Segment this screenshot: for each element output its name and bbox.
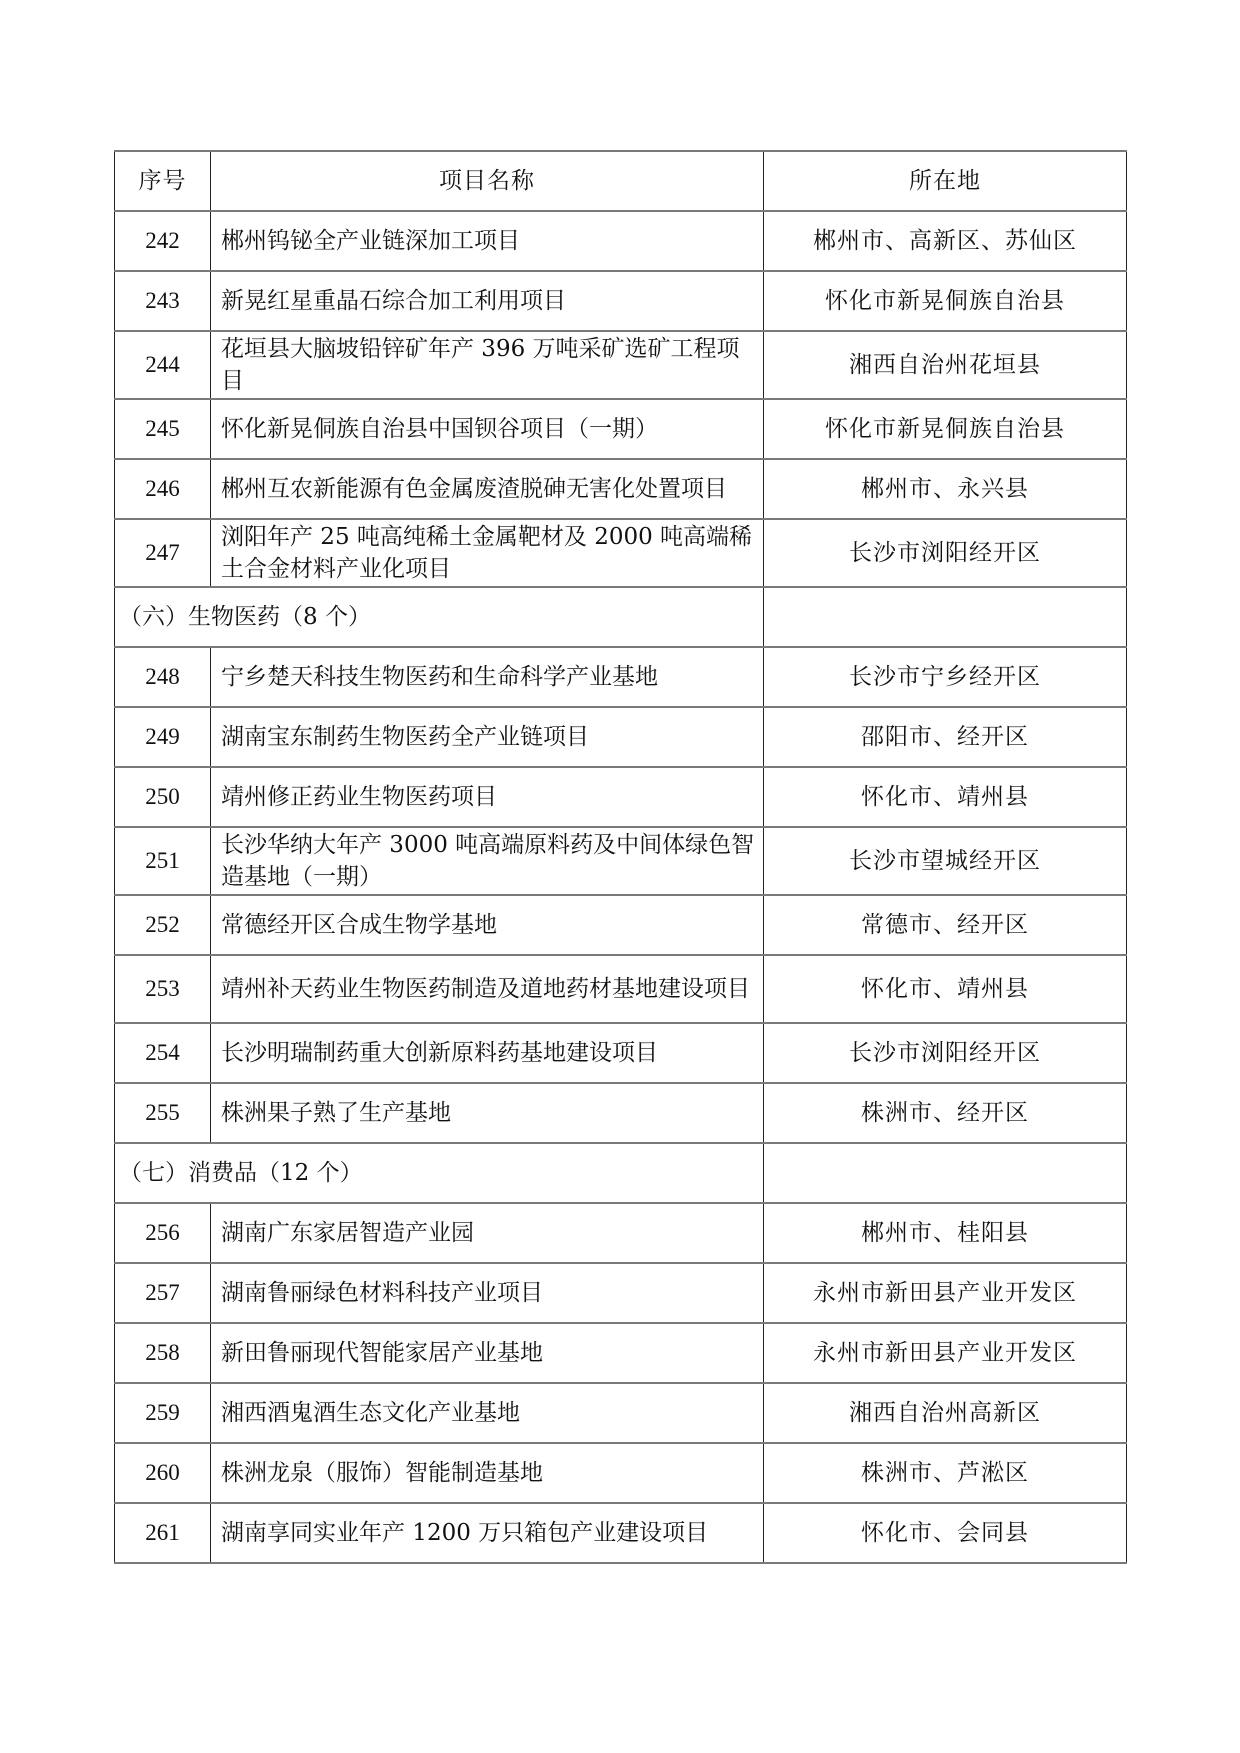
project-name: 湘西酒鬼酒生态文化产业基地 [211, 1383, 764, 1443]
project-name: 宁乡楚天科技生物医药和生命科学产业基地 [211, 647, 764, 707]
project-name: 新田鲁丽现代智能家居产业基地 [211, 1323, 764, 1383]
serial-number: 243 [115, 271, 211, 331]
project-location: 株洲市、经开区 [764, 1083, 1127, 1143]
section-location-empty [764, 587, 1127, 647]
project-name: 郴州钨铋全产业链深加工项目 [211, 211, 764, 271]
table-row: 260 株洲龙泉（服饰）智能制造基地 株洲市、芦淞区 [115, 1443, 1127, 1503]
serial-number: 248 [115, 647, 211, 707]
project-name: 湖南宝东制药生物医药全产业链项目 [211, 707, 764, 767]
serial-number: 249 [115, 707, 211, 767]
serial-number: 255 [115, 1083, 211, 1143]
serial-number: 247 [115, 519, 211, 587]
table-row: 261 湖南享同实业年产 1200 万只箱包产业建设项目 怀化市、会同县 [115, 1503, 1127, 1563]
project-name: 湖南享同实业年产 1200 万只箱包产业建设项目 [211, 1503, 764, 1563]
project-location: 邵阳市、经开区 [764, 707, 1127, 767]
project-name: 长沙华纳大年产 3000 吨高端原料药及中间体绿色智造基地（一期） [211, 827, 764, 895]
serial-number: 261 [115, 1503, 211, 1563]
project-location: 怀化市新晃侗族自治县 [764, 399, 1127, 459]
project-list-table: 序号 项目名称 所在地 242 郴州钨铋全产业链深加工项目 郴州市、高新区、苏仙… [114, 150, 1127, 1564]
table-row: 254 长沙明瑞制药重大创新原料药基地建设项目 长沙市浏阳经开区 [115, 1023, 1127, 1083]
project-location: 常德市、经开区 [764, 895, 1127, 955]
section-title: （六）生物医药（8 个） [115, 587, 764, 647]
header-location: 所在地 [764, 151, 1127, 211]
project-name: 新晃红星重晶石综合加工利用项目 [211, 271, 764, 331]
table-row: 249 湖南宝东制药生物医药全产业链项目 邵阳市、经开区 [115, 707, 1127, 767]
serial-number: 254 [115, 1023, 211, 1083]
project-name: 郴州互农新能源有色金属废渣脱砷无害化处置项目 [211, 459, 764, 519]
section-title: （七）消费品（12 个） [115, 1143, 764, 1203]
serial-number: 256 [115, 1203, 211, 1263]
table-row: 255 株洲果子熟了生产基地 株洲市、经开区 [115, 1083, 1127, 1143]
document-page: 序号 项目名称 所在地 242 郴州钨铋全产业链深加工项目 郴州市、高新区、苏仙… [0, 0, 1240, 1753]
project-name: 株洲龙泉（服饰）智能制造基地 [211, 1443, 764, 1503]
project-location: 长沙市望城经开区 [764, 827, 1127, 895]
serial-number: 259 [115, 1383, 211, 1443]
serial-number: 253 [115, 955, 211, 1023]
table-row: 244 花垣县大脑坡铅锌矿年产 396 万吨采矿选矿工程项目 湘西自治州花垣县 [115, 331, 1127, 399]
header-project-name: 项目名称 [211, 151, 764, 211]
project-name: 常德经开区合成生物学基地 [211, 895, 764, 955]
project-name: 浏阳年产 25 吨高纯稀土金属靶材及 2000 吨高端稀土合金材料产业化项目 [211, 519, 764, 587]
serial-number: 258 [115, 1323, 211, 1383]
project-name: 靖州补天药业生物医药制造及道地药材基地建设项目 [211, 955, 764, 1023]
serial-number: 242 [115, 211, 211, 271]
project-name: 湖南鲁丽绿色材料科技产业项目 [211, 1263, 764, 1323]
table-row: 242 郴州钨铋全产业链深加工项目 郴州市、高新区、苏仙区 [115, 211, 1127, 271]
table-row: 253 靖州补天药业生物医药制造及道地药材基地建设项目 怀化市、靖州县 [115, 955, 1127, 1023]
project-location: 怀化市、会同县 [764, 1503, 1127, 1563]
project-location: 永州市新田县产业开发区 [764, 1323, 1127, 1383]
table-row: 247 浏阳年产 25 吨高纯稀土金属靶材及 2000 吨高端稀土合金材料产业化… [115, 519, 1127, 587]
project-location: 永州市新田县产业开发区 [764, 1263, 1127, 1323]
table-body: 242 郴州钨铋全产业链深加工项目 郴州市、高新区、苏仙区 243 新晃红星重晶… [115, 211, 1127, 1563]
project-name: 花垣县大脑坡铅锌矿年产 396 万吨采矿选矿工程项目 [211, 331, 764, 399]
table-row: 251 长沙华纳大年产 3000 吨高端原料药及中间体绿色智造基地（一期） 长沙… [115, 827, 1127, 895]
table-row: 256 湖南广东家居智造产业园 郴州市、桂阳县 [115, 1203, 1127, 1263]
section-row-biomedicine: （六）生物医药（8 个） [115, 587, 1127, 647]
table-row: 248 宁乡楚天科技生物医药和生命科学产业基地 长沙市宁乡经开区 [115, 647, 1127, 707]
project-name: 湖南广东家居智造产业园 [211, 1203, 764, 1263]
serial-number: 260 [115, 1443, 211, 1503]
project-location: 长沙市浏阳经开区 [764, 1023, 1127, 1083]
project-name: 怀化新晃侗族自治县中国钡谷项目（一期） [211, 399, 764, 459]
project-location: 郴州市、桂阳县 [764, 1203, 1127, 1263]
serial-number: 245 [115, 399, 211, 459]
project-location: 怀化市、靖州县 [764, 767, 1127, 827]
project-location: 长沙市浏阳经开区 [764, 519, 1127, 587]
project-location: 郴州市、永兴县 [764, 459, 1127, 519]
project-location: 郴州市、高新区、苏仙区 [764, 211, 1127, 271]
serial-number: 246 [115, 459, 211, 519]
table-row: 246 郴州互农新能源有色金属废渣脱砷无害化处置项目 郴州市、永兴县 [115, 459, 1127, 519]
table-row: 257 湖南鲁丽绿色材料科技产业项目 永州市新田县产业开发区 [115, 1263, 1127, 1323]
project-name: 长沙明瑞制药重大创新原料药基地建设项目 [211, 1023, 764, 1083]
serial-number: 251 [115, 827, 211, 895]
project-location: 湘西自治州花垣县 [764, 331, 1127, 399]
table-row: 250 靖州修正药业生物医药项目 怀化市、靖州县 [115, 767, 1127, 827]
project-name: 株洲果子熟了生产基地 [211, 1083, 764, 1143]
project-location: 株洲市、芦淞区 [764, 1443, 1127, 1503]
table-header-row: 序号 项目名称 所在地 [115, 151, 1127, 211]
project-location: 怀化市新晃侗族自治县 [764, 271, 1127, 331]
table-row: 258 新田鲁丽现代智能家居产业基地 永州市新田县产业开发区 [115, 1323, 1127, 1383]
project-name: 靖州修正药业生物医药项目 [211, 767, 764, 827]
section-location-empty [764, 1143, 1127, 1203]
serial-number: 250 [115, 767, 211, 827]
table-row: 252 常德经开区合成生物学基地 常德市、经开区 [115, 895, 1127, 955]
serial-number: 252 [115, 895, 211, 955]
project-location: 怀化市、靖州县 [764, 955, 1127, 1023]
serial-number: 257 [115, 1263, 211, 1323]
project-location: 湘西自治州高新区 [764, 1383, 1127, 1443]
section-row-consumer-goods: （七）消费品（12 个） [115, 1143, 1127, 1203]
table-row: 245 怀化新晃侗族自治县中国钡谷项目（一期） 怀化市新晃侗族自治县 [115, 399, 1127, 459]
table-row: 243 新晃红星重晶石综合加工利用项目 怀化市新晃侗族自治县 [115, 271, 1127, 331]
table-row: 259 湘西酒鬼酒生态文化产业基地 湘西自治州高新区 [115, 1383, 1127, 1443]
header-serial-number: 序号 [115, 151, 211, 211]
project-location: 长沙市宁乡经开区 [764, 647, 1127, 707]
serial-number: 244 [115, 331, 211, 399]
